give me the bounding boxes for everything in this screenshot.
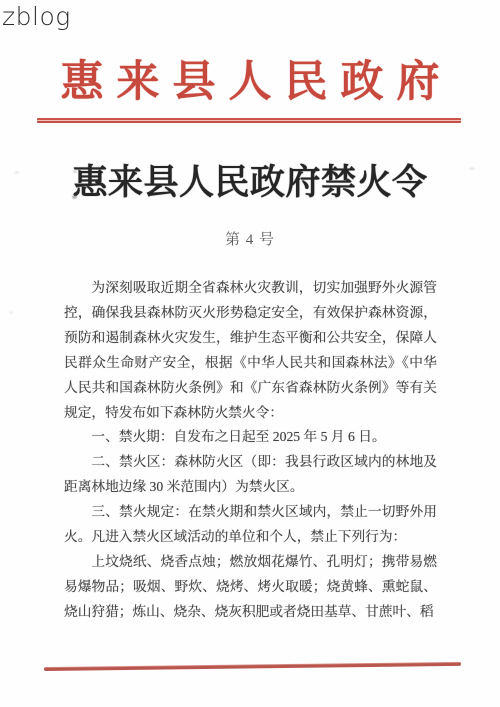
body-paragraph-item-1-fire-ban-period: 一、禁火期：自发布之日起至 2025 年 5 月 6 日。 — [64, 425, 437, 450]
body-paragraph-intro: 为深刻吸取近期全省森林火灾教训，切实加强野外火源管控，确保我县森林防灭火形势稳定… — [64, 276, 437, 425]
letterhead: 惠来县人民政府 — [0, 48, 500, 109]
body-paragraph-item-3-fire-ban-rules: 三、禁火规定：在禁火期和禁火区域内，禁止一切野外用火。凡进入禁火区域活动的单位和… — [64, 500, 437, 550]
document-body: 为深刻吸取近期全省森林火灾教训，切实加强野外火源管控，确保我县森林防灭火形势稳定… — [64, 276, 437, 625]
site-watermark: zblog — [2, 2, 71, 31]
scan-speck — [469, 167, 475, 170]
body-paragraph-prohibited-behaviors: 上坟烧纸、烧香点烛；燃放烟花爆竹、孔明灯；携带易燃易爆物品；吸烟、野炊、烧烤、烤… — [64, 550, 437, 625]
scan-speck — [72, 195, 77, 199]
letterhead-org-name: 惠来县人民政府 — [61, 48, 453, 109]
letterhead-divider-rule — [37, 118, 461, 123]
body-paragraph-item-2-fire-ban-zone: 二、禁火区：森林防火区（即：我县行政区域内的林地及距离林地边缘 30 米范围内）… — [64, 450, 437, 500]
footer-divider-rule — [44, 662, 461, 671]
document-page: zblog 惠来县人民政府 惠来县人民政府禁火令 第 4 号 为深刻吸取近期全省… — [0, 0, 500, 707]
scan-speck — [14, 171, 19, 174]
scan-speck — [73, 170, 77, 173]
document-number: 第 4 号 — [0, 228, 500, 249]
scan-speck — [9, 311, 13, 314]
